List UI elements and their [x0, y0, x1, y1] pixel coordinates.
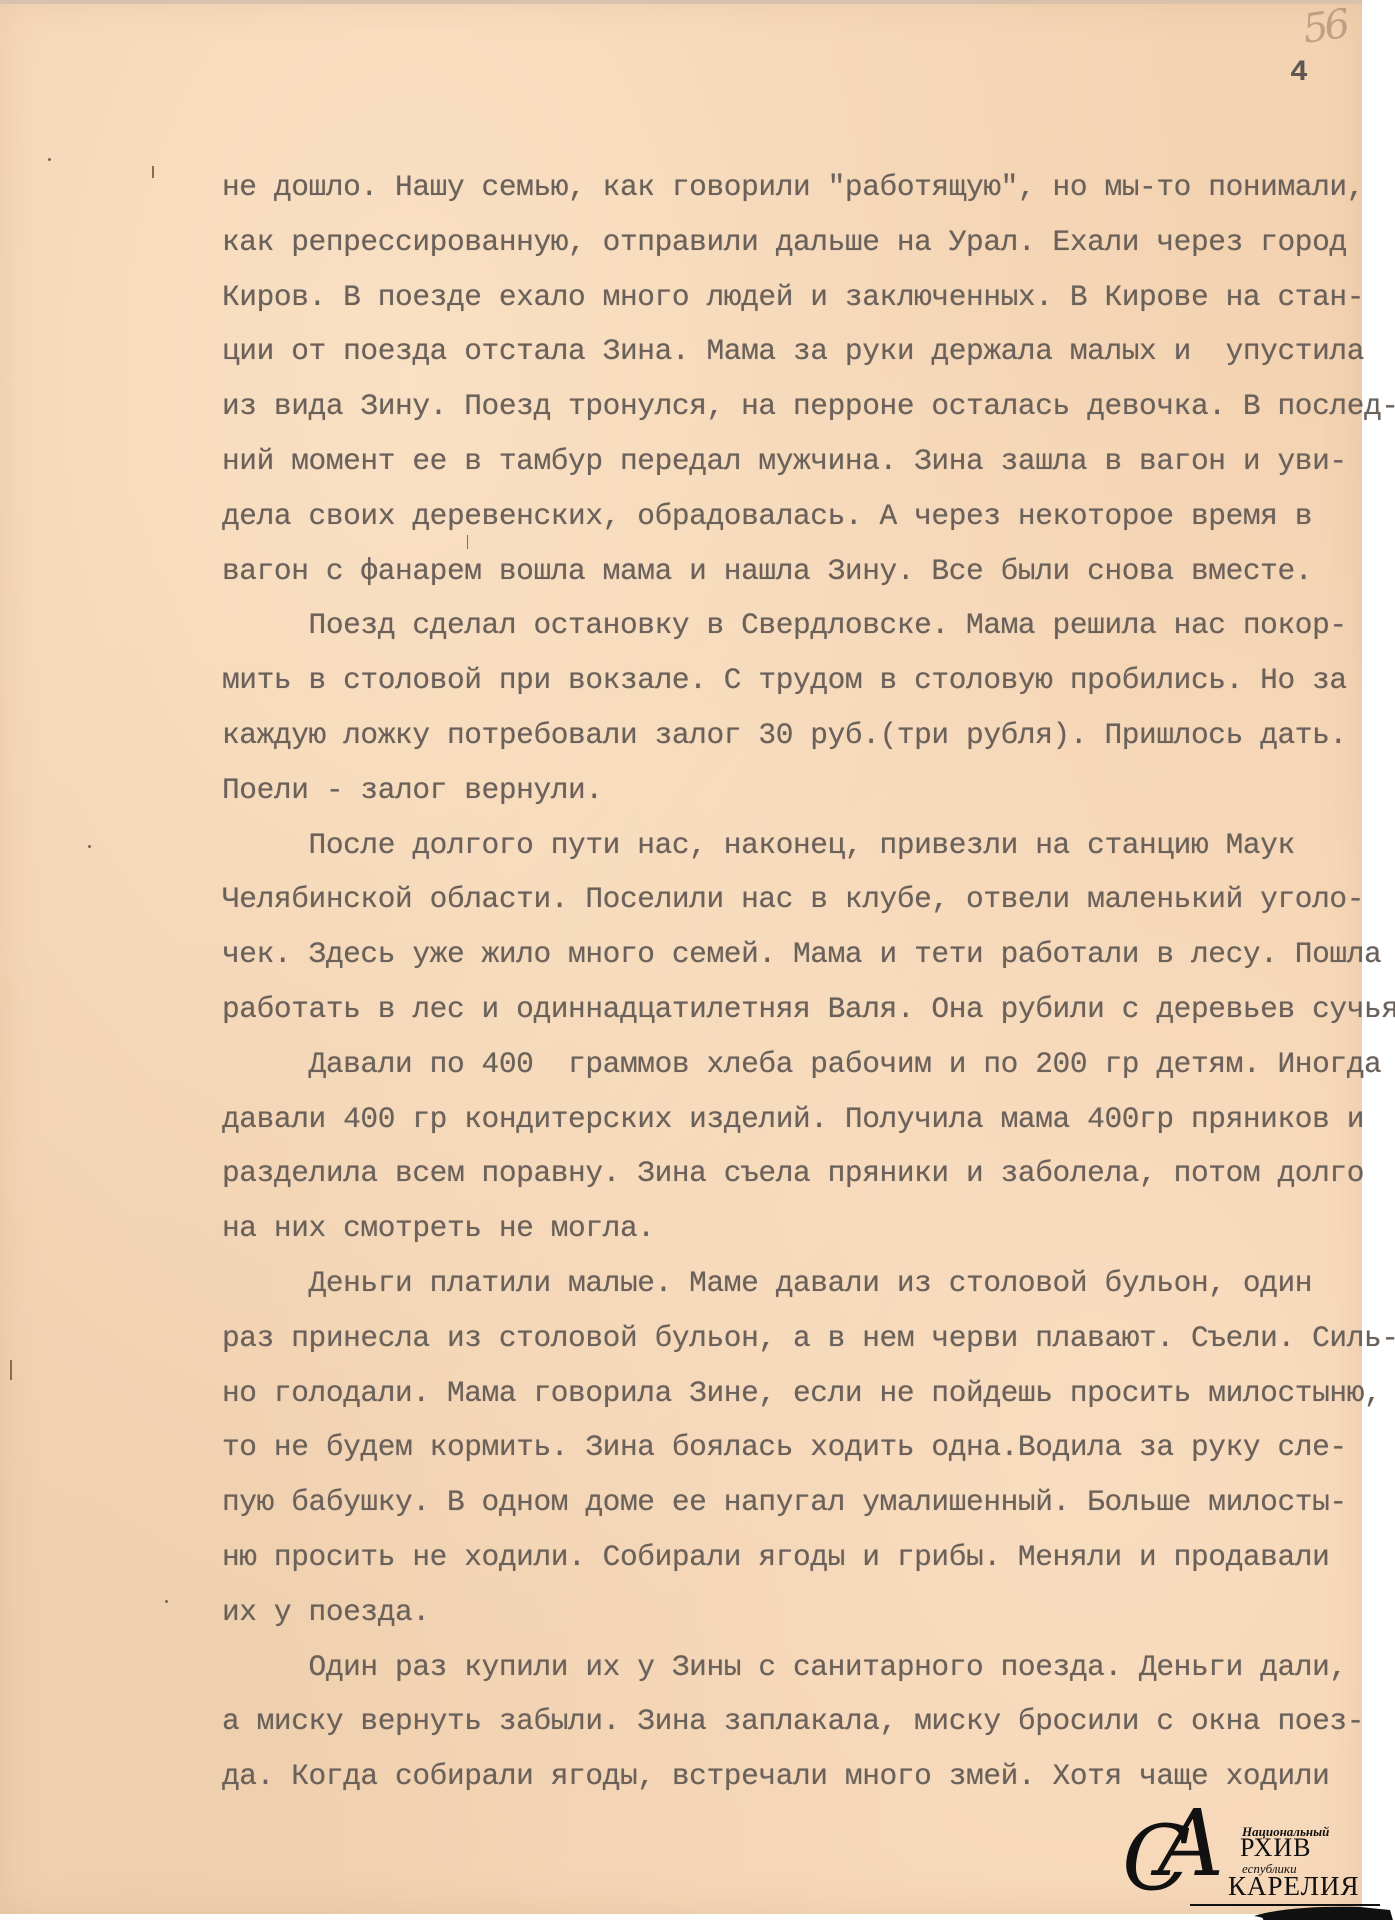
text-line: на них смотреть не могла. — [222, 1201, 1367, 1256]
text-line: мить в столовой при вокзале. С трудом в … — [222, 653, 1367, 708]
text-line: Один раз купили их у Зины с санитарного … — [222, 1640, 1367, 1695]
text-line: После долгого пути нас, наконец, привезл… — [222, 818, 1367, 873]
text-line: работать в лес и одиннадцатилетняя Валя.… — [222, 982, 1367, 1037]
archive-watermark-logo: С А Национальный РХИВ еспублики КАРЕЛИЯ — [1118, 1808, 1395, 1920]
text-line: вагон с фанарем вошла мама и нашла Зину.… — [222, 544, 1367, 599]
ink-dot — [165, 1600, 168, 1603]
page-top-edge — [0, 0, 1362, 4]
handwritten-folio-number: 56 — [1300, 1, 1349, 53]
text-line: чек. Здесь уже жило много семей. Мама и … — [222, 927, 1367, 982]
text-line: ний момент ее в тамбур передал мужчина. … — [222, 434, 1367, 489]
text-line: Киров. В поезде ехало много людей и закл… — [222, 270, 1367, 325]
text-line: но голодали. Мама говорила Зине, если не… — [222, 1366, 1367, 1421]
text-line: ню просить не ходили. Собирали ягоды и г… — [222, 1530, 1367, 1585]
text-line: пую бабушку. В одном доме ее напугал ума… — [222, 1475, 1367, 1530]
text-line: ции от поезда отстала Зина. Мама за руки… — [222, 324, 1367, 379]
page-number: 4 — [1290, 56, 1308, 90]
logo-text-archive: РХИВ — [1240, 1835, 1312, 1861]
text-line: Поели - залог вернули. — [222, 763, 1367, 818]
text-line: а миску вернуть забыли. Зина заплакала, … — [222, 1694, 1367, 1749]
text-line: их у поезда. — [222, 1585, 1367, 1640]
logo-initial-a: А — [1156, 1798, 1226, 1890]
text-line: то не будем кормить. Зина боялась ходить… — [222, 1420, 1367, 1475]
text-line: раз принесла из столовой бульон, а в нем… — [222, 1311, 1367, 1366]
typewritten-text: не дошло. Нашу семью, как говорили "рабо… — [222, 160, 1367, 1804]
text-line: Поезд сделал остановку в Свердловске. Ма… — [222, 598, 1367, 653]
text-line: давали 400 гр кондитерских изделий. Полу… — [222, 1092, 1367, 1147]
ink-dot — [88, 845, 91, 848]
text-line: не дошло. Нашу семью, как говорили "рабо… — [222, 160, 1367, 215]
logo-text-karelia: КАРЕЛИЯ — [1228, 1873, 1359, 1900]
ink-dot — [48, 158, 51, 161]
text-line: Челябинской области. Поселили нас в клуб… — [222, 872, 1367, 927]
margin-mark — [10, 1360, 12, 1380]
text-line: разделила всем поравну. Зина съела пряни… — [222, 1146, 1367, 1201]
text-line: как репрессированную, отправили дальше н… — [222, 215, 1367, 270]
quill-feather-icon — [1250, 1904, 1395, 1920]
document-page: 56 4 не дошло. Нашу семью, как говорили … — [0, 0, 1362, 1914]
text-line: дела своих деревенских, обрадовалась. А … — [222, 489, 1367, 544]
text-line: из вида Зину. Поезд тронулся, на перроне… — [222, 379, 1367, 434]
text-line: Давали по 400 граммов хлеба рабочим и по… — [222, 1037, 1367, 1092]
margin-mark — [152, 166, 154, 178]
text-line: каждую ложку потребовали залог 30 руб.(т… — [222, 708, 1367, 763]
text-line: Деньги платили малые. Маме давали из сто… — [222, 1256, 1367, 1311]
